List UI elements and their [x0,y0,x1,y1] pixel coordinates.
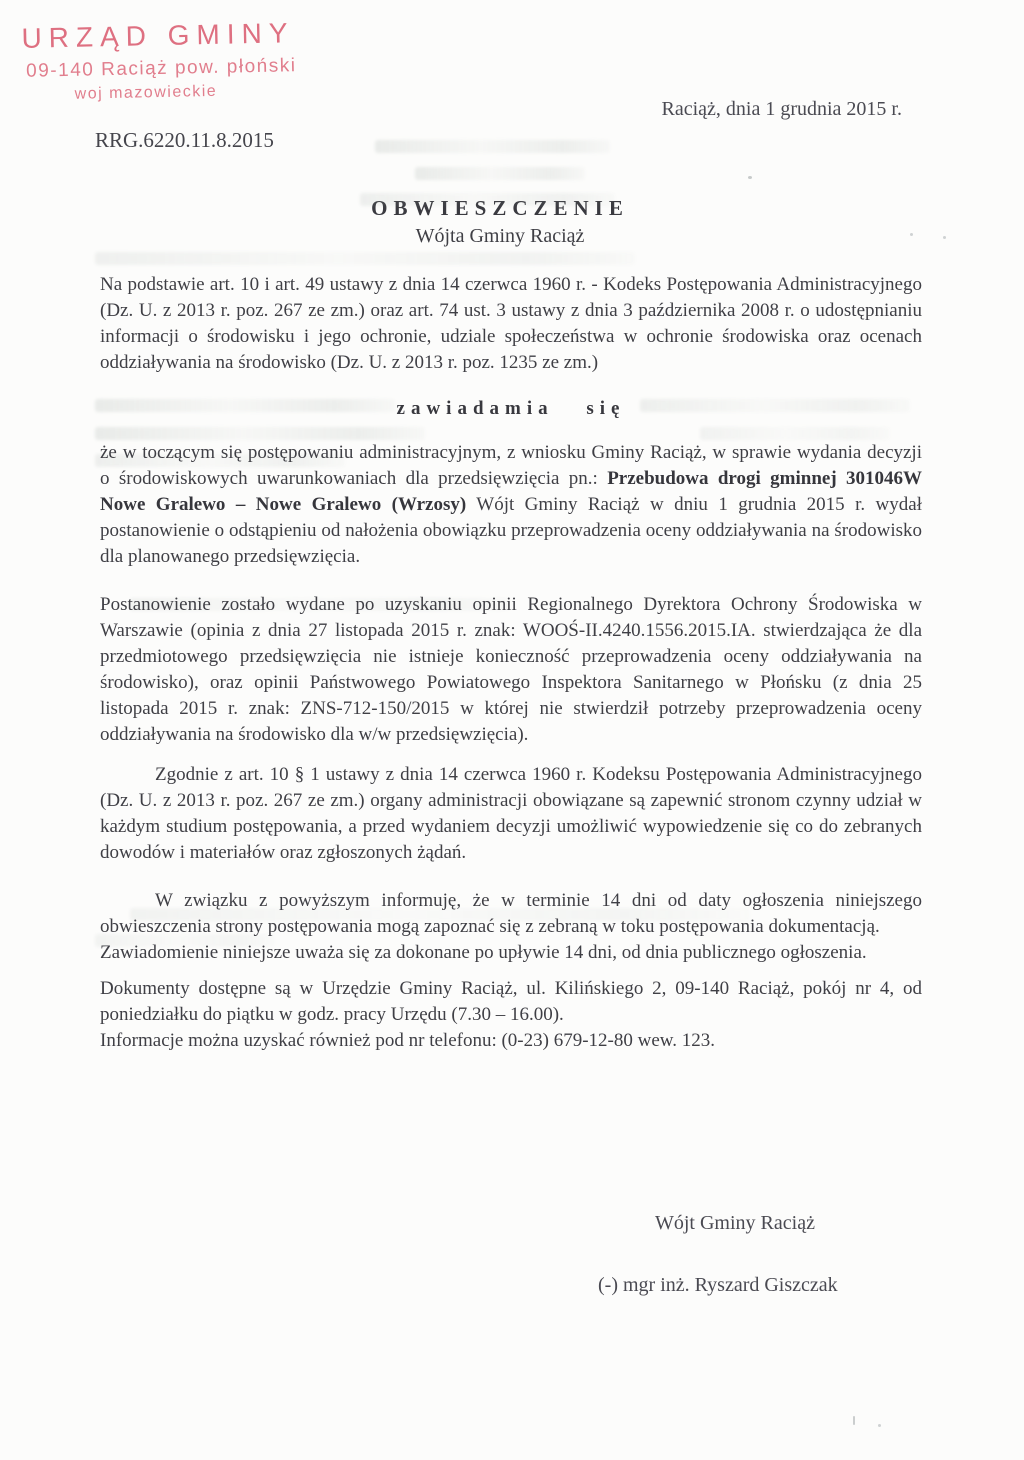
scanned-document-page: URZĄD GMINY 09-140 Raciąż pow. płoński w… [0,0,1024,1460]
paragraph-information: W związku z powyższym informuję, że w te… [100,888,922,940]
scan-speck [878,1424,881,1427]
bleedthrough-artifact [360,193,615,206]
bleedthrough-artifact [95,252,635,265]
paragraph-legal-basis: Na podstawie art. 10 i art. 49 ustawy z … [100,272,922,376]
paragraph-documents: Dokumenty dostępne są w Urzędzie Gminy R… [100,976,922,1028]
scan-speck [853,1416,855,1425]
dateline: Raciąż, dnia 1 grudnia 2015 r. [662,98,903,121]
scan-speck [748,176,752,179]
paragraph-opinions: Postanowienie zostało wydane po uzyskani… [100,592,922,748]
document-subtitle: Wójta Gminy Raciąż [0,225,1000,248]
stamp-office-name: URZĄD GMINY [21,17,296,55]
reference-number: RRG.6220.11.8.2015 [95,128,274,153]
signature-name: (-) mgr inż. Ryszard Giszczak [598,1274,838,1297]
document-body: Na podstawie art. 10 i art. 49 ustawy z … [100,272,922,1054]
scan-speck [943,236,946,239]
paragraph-phone: Informacje można uzyskać również pod nr … [100,1028,922,1054]
signature-role: Wójt Gminy Raciąż [655,1212,815,1235]
notice-heading: zawiadamia się [100,396,922,422]
bleedthrough-artifact [415,167,585,180]
stamp-voivodeship-line: woj mazowieckie [75,81,298,104]
paragraph-delivery: Zawiadomienie niniejsze uważa się za dok… [100,940,922,966]
paragraph-notice: że w toczącym się postępowaniu administr… [100,440,922,570]
official-stamp: URZĄD GMINY 09-140 Raciąż pow. płoński w… [21,17,297,105]
paragraph-kpa: Zgodnie z art. 10 § 1 ustawy z dnia 14 c… [100,762,922,866]
bleedthrough-artifact [375,140,610,153]
stamp-address-line: 09-140 Raciąż pow. płoński [26,55,297,83]
scan-speck [910,233,913,236]
